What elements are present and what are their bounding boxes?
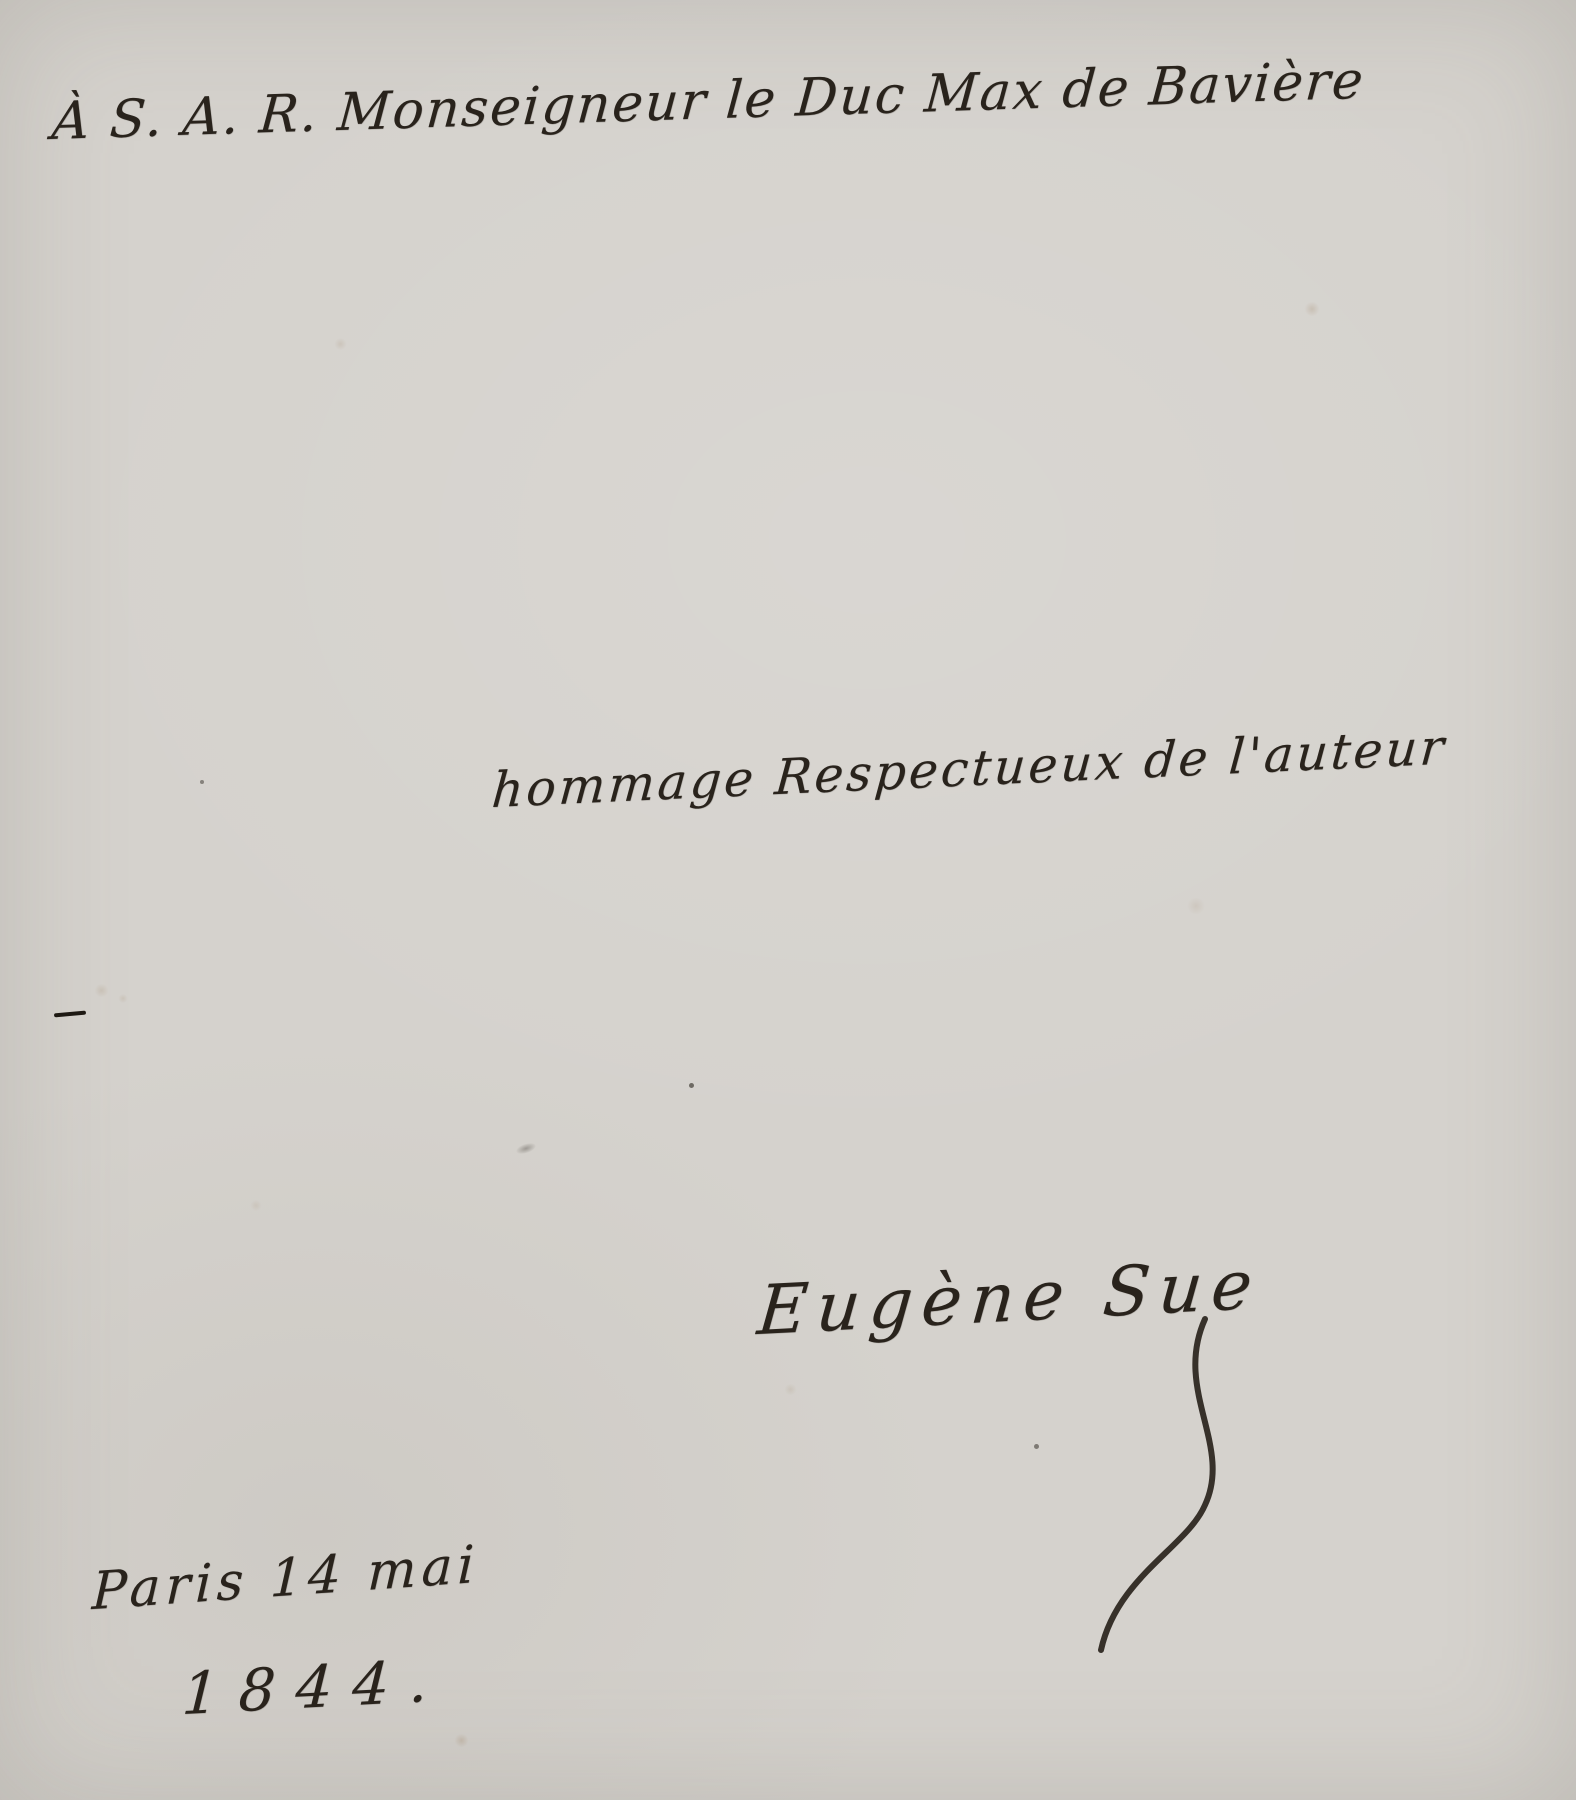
foxing-spot (454, 1734, 469, 1747)
signature-flourish-stroke (1055, 1305, 1235, 1665)
foxing-spot (118, 994, 128, 1003)
foxing-spot (250, 1200, 262, 1211)
foxing-spot (334, 338, 347, 350)
foxing-spot (1304, 302, 1320, 316)
place-date-line: Paris 14 mai (91, 1535, 480, 1622)
ink-speck (1034, 1444, 1039, 1449)
ink-speck (689, 1083, 694, 1088)
foxing-spot (1186, 898, 1206, 914)
hommage-line: hommage Respectueux de l'auteur (490, 719, 1449, 820)
year-line: 1844. (180, 1646, 449, 1728)
manuscript-page: À S. A. R. Monseigneur le Duc Max de Bav… (0, 0, 1576, 1800)
ink-dash-mark (54, 1011, 86, 1018)
foxing-spot (784, 1384, 797, 1395)
dedication-line: À S. A. R. Monseigneur le Duc Max de Bav… (50, 51, 1367, 152)
foxing-spot (94, 984, 109, 997)
paper-fleck (515, 1141, 537, 1156)
ink-speck (200, 780, 204, 784)
